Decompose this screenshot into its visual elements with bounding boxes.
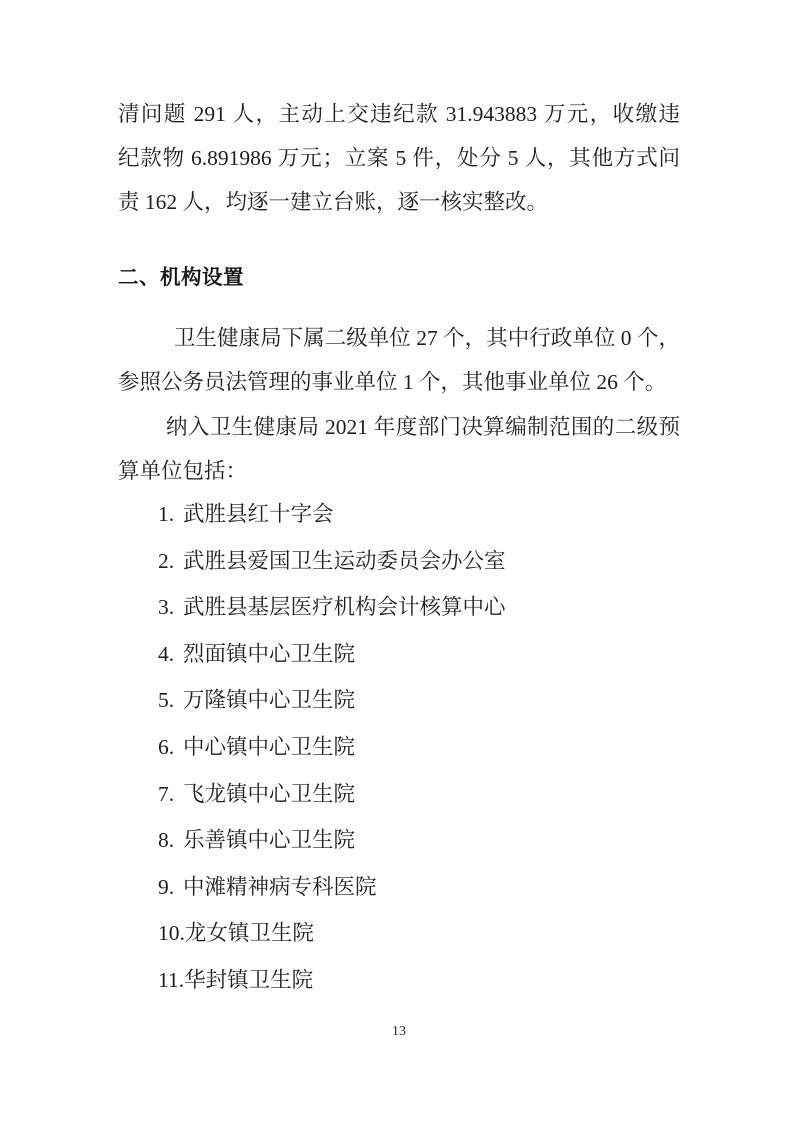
paragraph-line: 卫生健康局下属二级单位 27 个，其中行政单位 0 个， [118, 316, 680, 360]
unit-list: 1.武胜县红十字会 2.武胜县爱国卫生运动委员会办公室 3.武胜县基层医疗机构会… [118, 491, 680, 1004]
list-item-name: 华封镇卫生院 [184, 968, 313, 992]
paragraph-line: 纪款物 6.891986 万元；立案 5 件，处分 5 人，其他方式问 [118, 136, 680, 180]
list-item-number: 1. [158, 491, 183, 538]
list-item-number: 11. [158, 957, 184, 1004]
paragraph-line: 算单位包括： [118, 449, 680, 493]
list-item-number: 7. [158, 771, 183, 818]
list-item: 1.武胜县红十字会 [118, 491, 680, 538]
list-item: 9.中滩精神病专科医院 [118, 864, 680, 911]
list-item-number: 10. [158, 910, 185, 957]
list-item-number: 2. [158, 538, 183, 585]
list-item-name: 烈面镇中心卫生院 [183, 642, 355, 666]
list-item: 3.武胜县基层医疗机构会计核算中心 [118, 584, 680, 631]
paragraph-line: 清问题 291 人，主动上交违纪款 31.943883 万元，收缴违 [118, 92, 680, 136]
list-item: 10.龙女镇卫生院 [118, 910, 680, 957]
list-item: 6.中心镇中心卫生院 [118, 724, 680, 771]
list-item-name: 武胜县红十字会 [183, 502, 334, 526]
list-item-number: 3. [158, 584, 183, 631]
list-item-number: 9. [158, 864, 183, 911]
paragraph-line: 纳入卫生健康局 2021 年度部门决算编制范围的二级预 [118, 405, 680, 449]
paragraph-discipline-stats: 清问题 291 人，主动上交违纪款 31.943883 万元，收缴违 纪款物 6… [118, 92, 680, 224]
list-item-name: 乐善镇中心卫生院 [183, 828, 355, 852]
page-number: 13 [118, 1020, 680, 1044]
list-item-name: 武胜县爱国卫生运动委员会办公室 [183, 549, 506, 573]
paragraph-line: 参照公务员法管理的事业单位 1 个，其他事业单位 26 个。 [118, 360, 680, 404]
list-item-number: 8. [158, 817, 183, 864]
list-item: 7.飞龙镇中心卫生院 [118, 771, 680, 818]
list-item-number: 5. [158, 677, 183, 724]
list-item-name: 武胜县基层医疗机构会计核算中心 [183, 595, 506, 619]
section-heading: 二、机构设置 [118, 263, 680, 293]
list-item: 8.乐善镇中心卫生院 [118, 817, 680, 864]
list-item: 11.华封镇卫生院 [118, 957, 680, 1004]
list-item-number: 6. [158, 724, 183, 771]
list-item-name: 万隆镇中心卫生院 [183, 688, 355, 712]
list-item-number: 4. [158, 631, 183, 678]
paragraph-unit-counts: 卫生健康局下属二级单位 27 个，其中行政单位 0 个， 参照公务员法管理的事业… [118, 316, 680, 404]
list-item: 2.武胜县爱国卫生运动委员会办公室 [118, 538, 680, 585]
list-item-name: 龙女镇卫生院 [185, 921, 314, 945]
list-item-name: 飞龙镇中心卫生院 [183, 782, 355, 806]
list-item-name: 中心镇中心卫生院 [183, 735, 355, 759]
document-page: 清问题 291 人，主动上交违纪款 31.943883 万元，收缴违 纪款物 6… [0, 0, 793, 1122]
list-item: 5.万隆镇中心卫生院 [118, 677, 680, 724]
paragraph-line: 责 162 人，均逐一建立台账，逐一核实整改。 [118, 180, 680, 224]
paragraph-budget-scope: 纳入卫生健康局 2021 年度部门决算编制范围的二级预 算单位包括： [118, 405, 680, 493]
list-item-name: 中滩精神病专科医院 [183, 875, 377, 899]
list-item: 4.烈面镇中心卫生院 [118, 631, 680, 678]
